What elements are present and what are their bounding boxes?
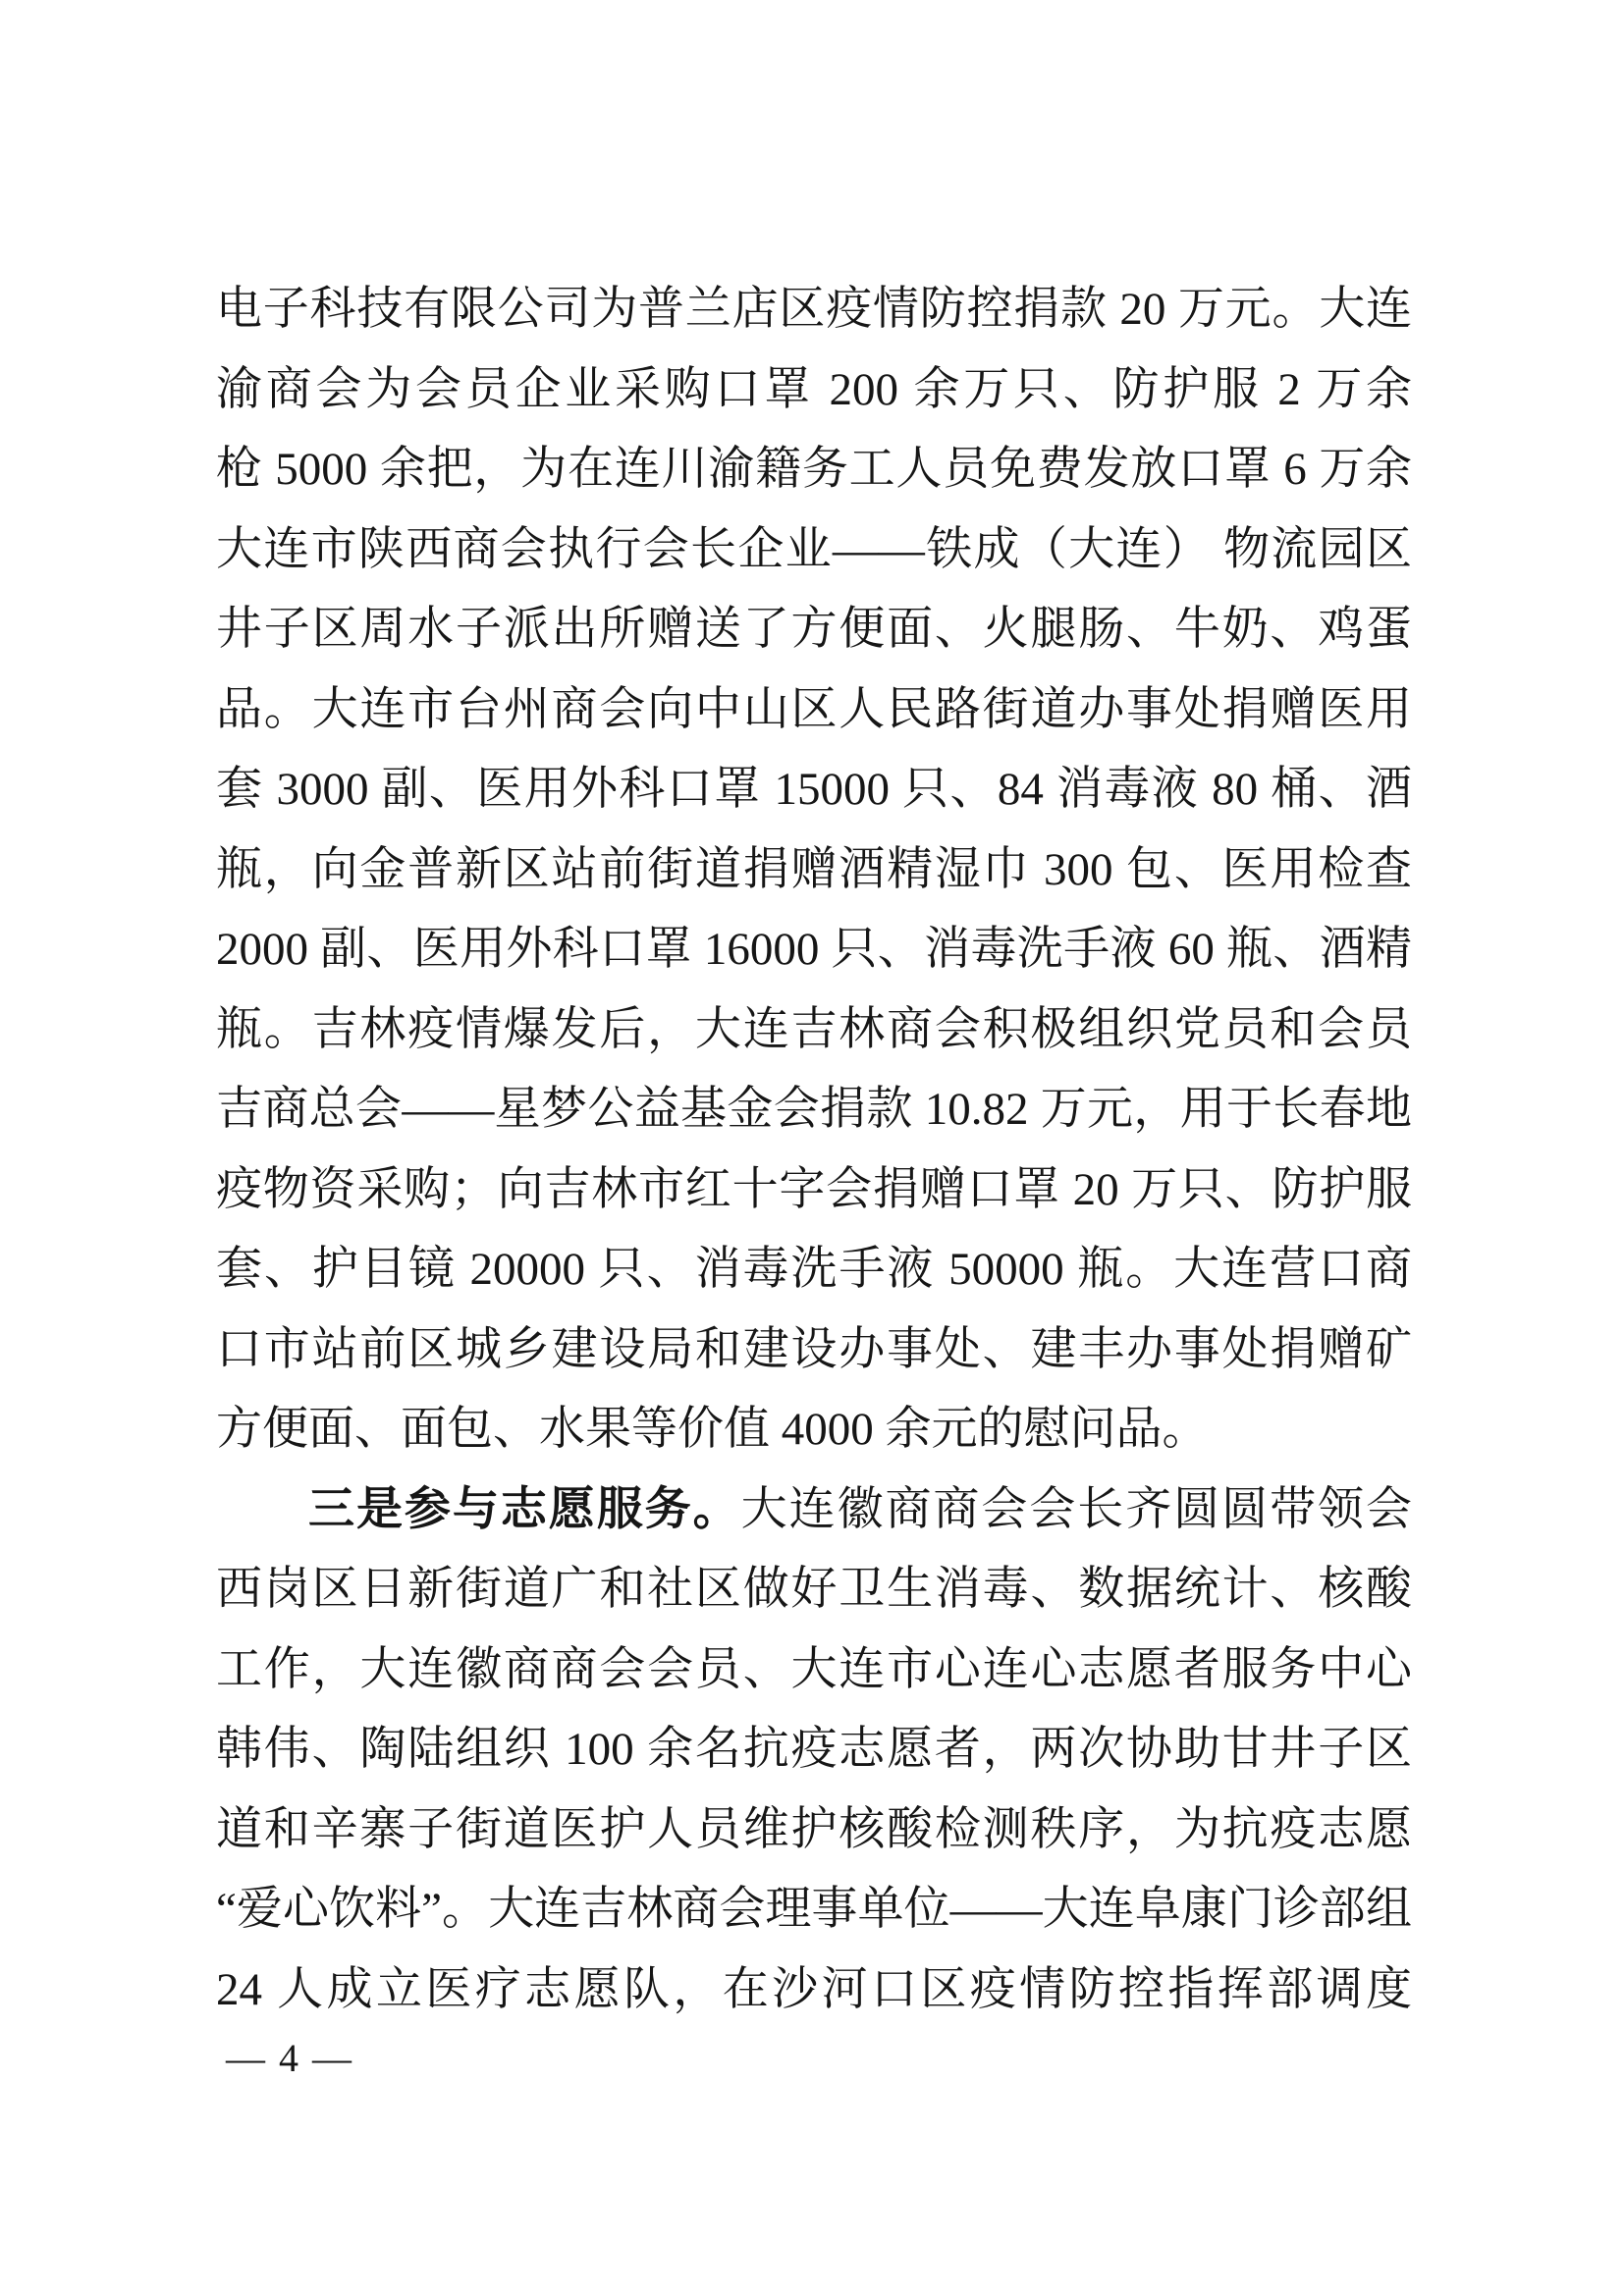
text-line: 瓶。吉林疫情爆发后，大连吉林商会积极组织党员和会员向全球 [216,990,1412,1071]
text-line: 井子区周水子派出所赠送了方便面、火腿肠、牛奶、鸡蛋等慰问 [216,590,1412,670]
text-line: 疫物资采购；向吉林市红十字会捐赠口罩 20 万只、防护服 16000 [216,1150,1412,1231]
text-line: 道和辛寨子街道医护人员维护核酸检测秩序，为抗疫志愿者捐赠 [216,1790,1412,1871]
text-line: 方便面、面包、水果等价值 4000 余元的慰问品。 [216,1390,1412,1470]
text-line: 电子科技有限公司为普兰店区疫情防控捐款 20 万元。大连市川 [216,270,1412,350]
text-line: 韩伟、陶陆组织 100 余名抗疫志愿者，两次协助甘井子区机场街 [216,1710,1412,1790]
text-line: 瓶，向金普新区站前街道捐赠酒精湿巾 300 包、医用检查手套 [216,830,1412,911]
document-page: 电子科技有限公司为普兰店区疫情防控捐款 20 万元。大连市川 渝商会为会员企业采… [0,0,1624,2296]
text-line: 枪 5000 余把，为在连川渝籍务工人员免费发放口罩 6 万余只。 [216,430,1412,510]
text-line: 大连市陕西商会执行会长企业——铁成（大连） 物流园区向甘 [216,510,1412,591]
page-number: — 4 — [226,2034,353,2083]
text-line: 套、护目镜 20000 只、消毒洗手液 50000 瓶。大连营口商会向营 [216,1230,1412,1310]
text-line: 套 3000 副、医用外科口罩 15000 只、84 消毒液 80 桶、酒精 1… [216,750,1412,830]
text-line: 工作，大连徽商商会会员、大连市心连心志愿者服务中心负责人 [216,1630,1412,1711]
text-line: “爱心饮料”。大连吉林商会理事单位——大连阜康门诊部组织 [216,1870,1412,1950]
text-line: 2000 副、医用外科口罩 16000 只、消毒洗手液 60 瓶、酒精 200 [216,910,1412,990]
text-line: 口市站前区城乡建设局和建设办事处、建丰办事处捐赠矿泉水、 [216,1310,1412,1391]
paragraph-lead-bold: 三是参与志愿服务。 [308,1484,741,1535]
text-line: 西岗区日新街道广和社区做好卫生消毒、数据统计、核酸检测等 [216,1550,1412,1630]
document-body: 电子科技有限公司为普兰店区疫情防控捐款 20 万元。大连市川 渝商会为会员企业采… [216,270,1412,2030]
text-line: 渝商会为会员企业采购口罩 200 余万只、防护服 2 万余套、额温 [216,350,1412,431]
text-line: 24 人成立医疗志愿队，在沙河口区疫情防控指挥部调度下，参 [216,1950,1412,2031]
text-line: 品。大连市台州商会向中山区人民路街道办事处捐赠医用检查手 [216,670,1412,751]
text-line: 吉商总会——星梦公益基金会捐款 10.82 万元，用于长春地区防 [216,1070,1412,1150]
text-line-paragraph-start: 三是参与志愿服务。大连徽商商会会长齐圆圆带领会员协助 [216,1470,1412,1551]
